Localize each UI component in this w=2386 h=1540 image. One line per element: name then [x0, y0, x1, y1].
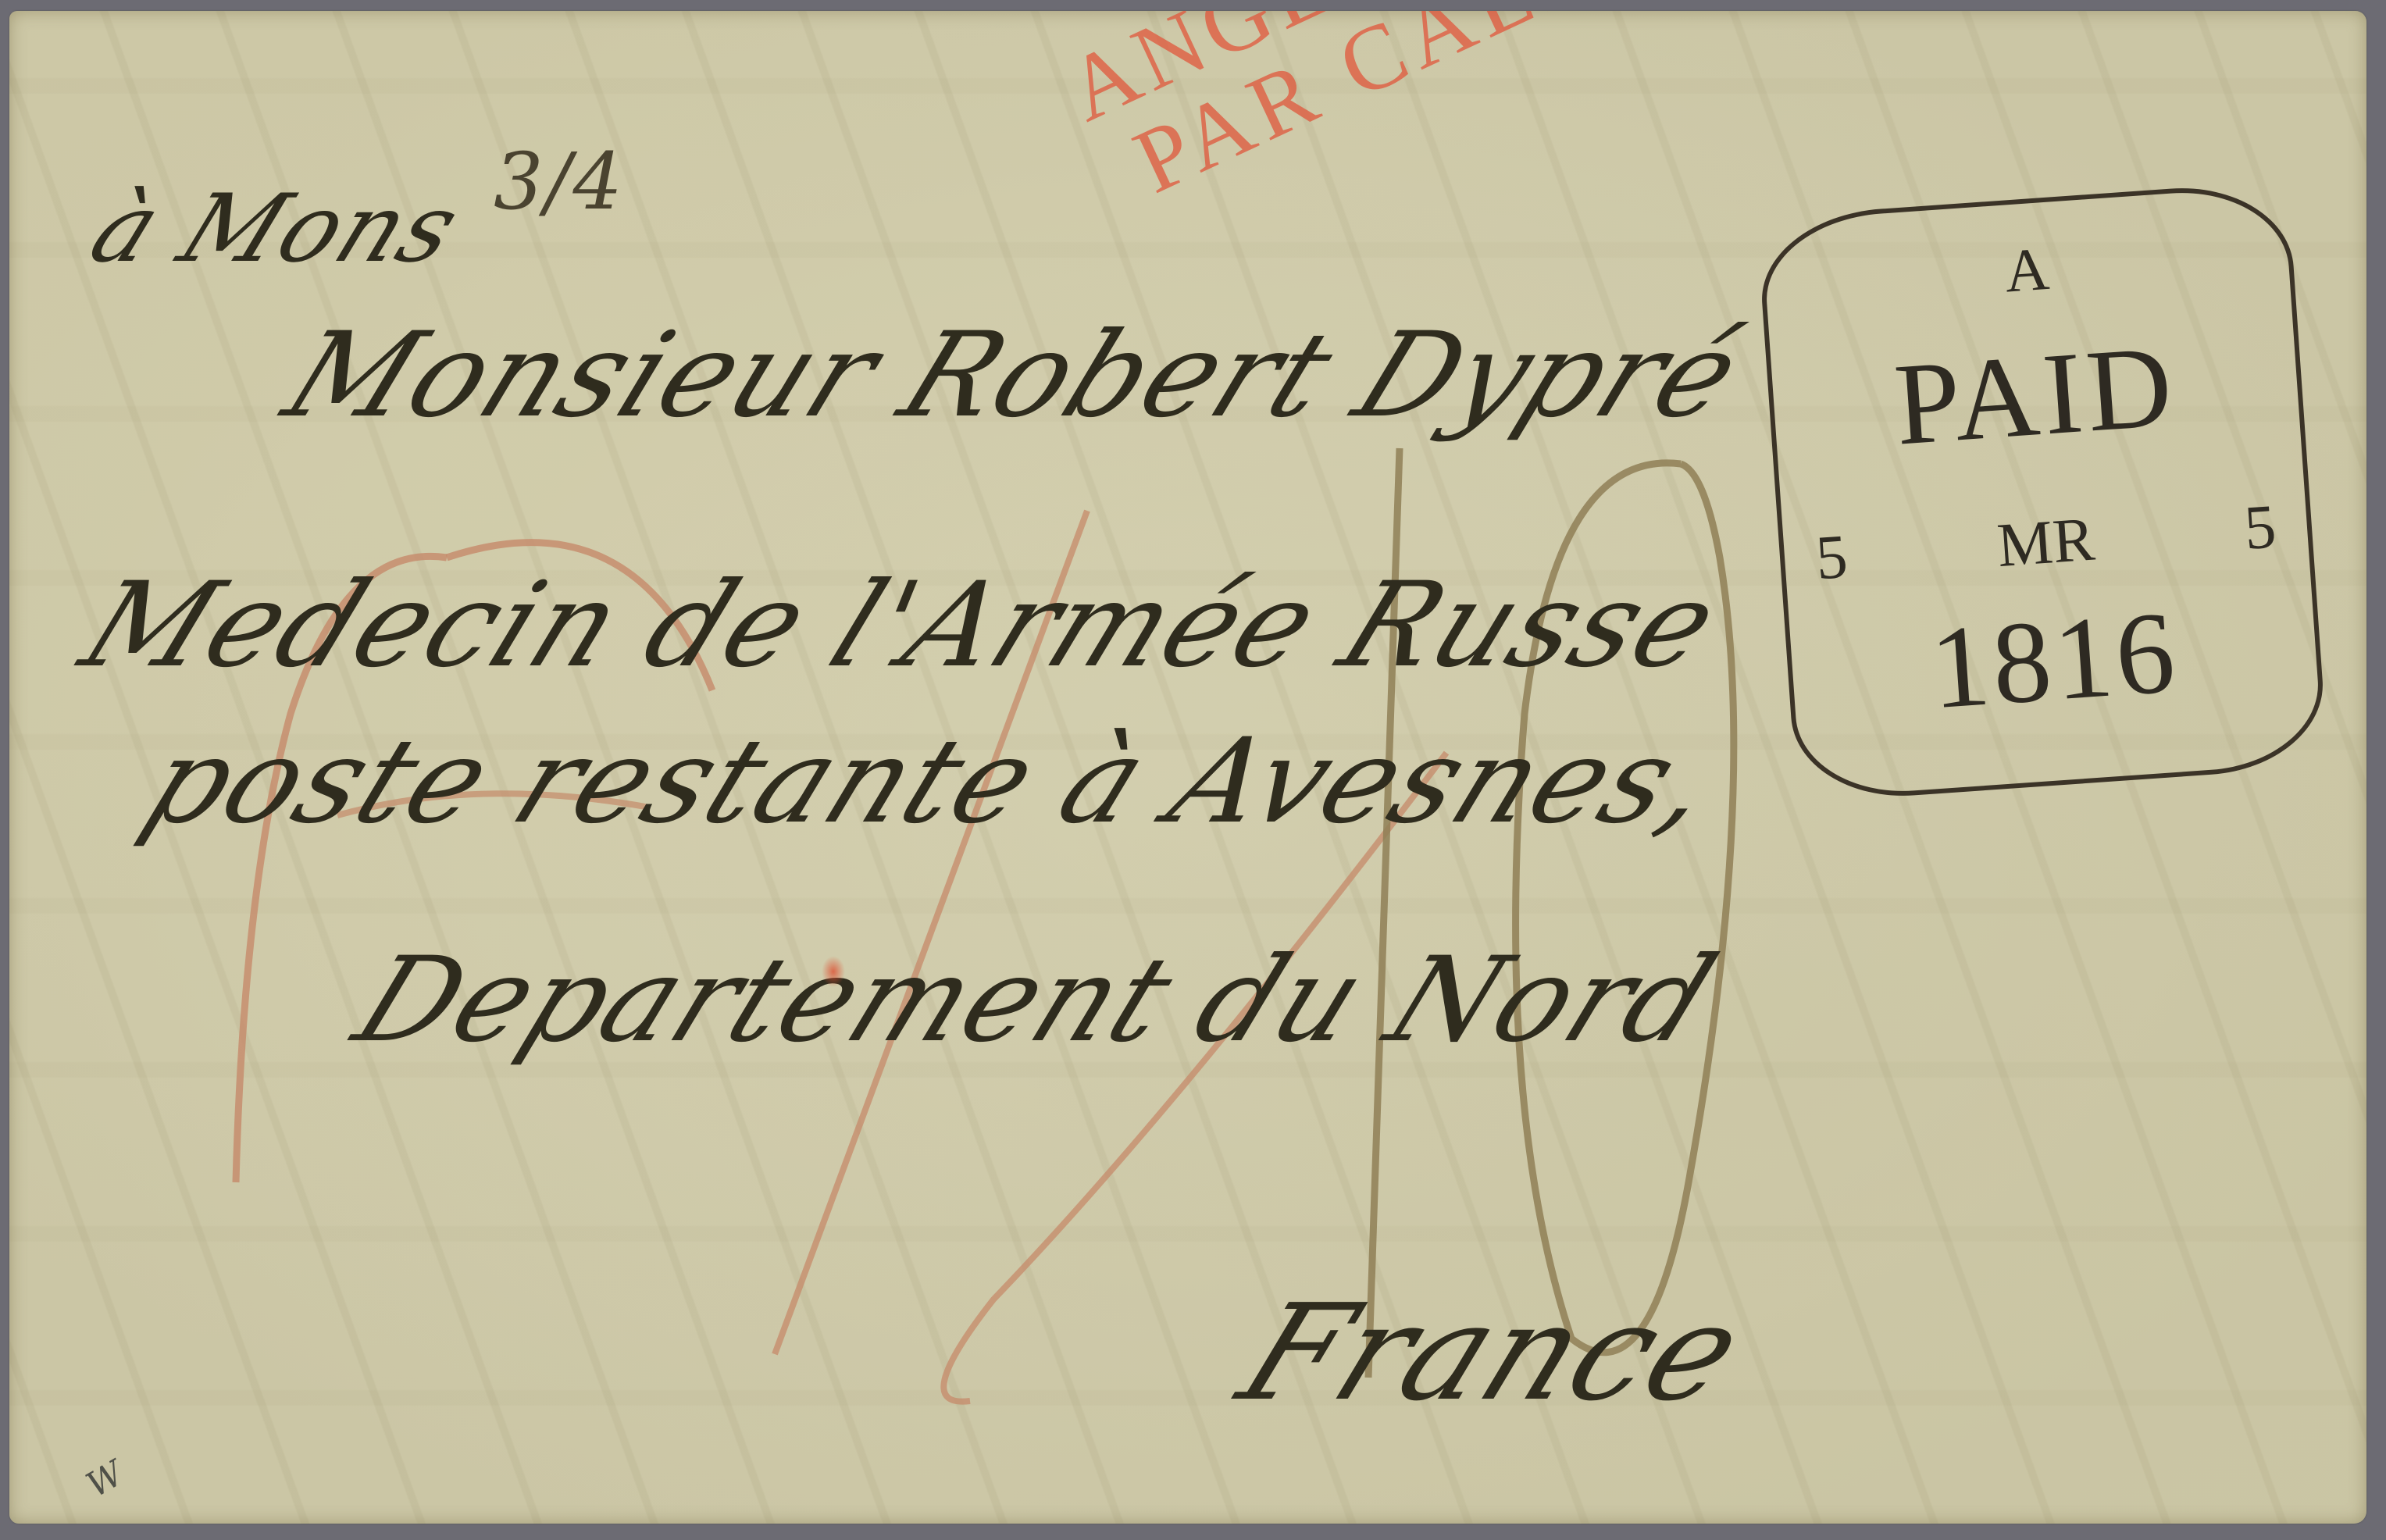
address-line-1: Monsieur Robert Dypré — [267, 308, 1760, 444]
red-ink-spot — [822, 956, 845, 987]
paid-label: PAID — [1770, 310, 2301, 480]
paid-handstamp: A PAID 5 MR 5 1816 — [1757, 180, 2329, 804]
angleterre-par-calais-handstamp: ANGLETERRE PAR CALAIS — [1009, 11, 1828, 342]
address-line-2: Medecin de l'Armée Russe — [64, 558, 1738, 693]
paid-year: 1816 — [1789, 575, 2320, 745]
paid-date-row: 5 MR 5 — [1814, 491, 2278, 594]
address-line-3: poste restante à Avesnes, — [127, 714, 1736, 850]
paid-office-letter: A — [1764, 216, 2291, 323]
origin-rate: 3/4 — [494, 136, 624, 227]
corner-pencil-mark: W — [80, 1453, 130, 1506]
letter-sheet: à Mons 3/4 ANGLETERRE PAR CALAIS Monsieu… — [9, 11, 2366, 1524]
origin-note: à Mons — [76, 175, 476, 283]
scan-background: à Mons 3/4 ANGLETERRE PAR CALAIS Monsieu… — [0, 0, 2386, 1540]
paid-month: MR — [1995, 504, 2097, 582]
paid-day-left: 5 — [1814, 522, 1849, 595]
address-line-4: Departement du Nord — [337, 932, 1735, 1068]
paid-day-right: 5 — [2242, 491, 2278, 565]
address-line-5: France — [1220, 1276, 1765, 1431]
